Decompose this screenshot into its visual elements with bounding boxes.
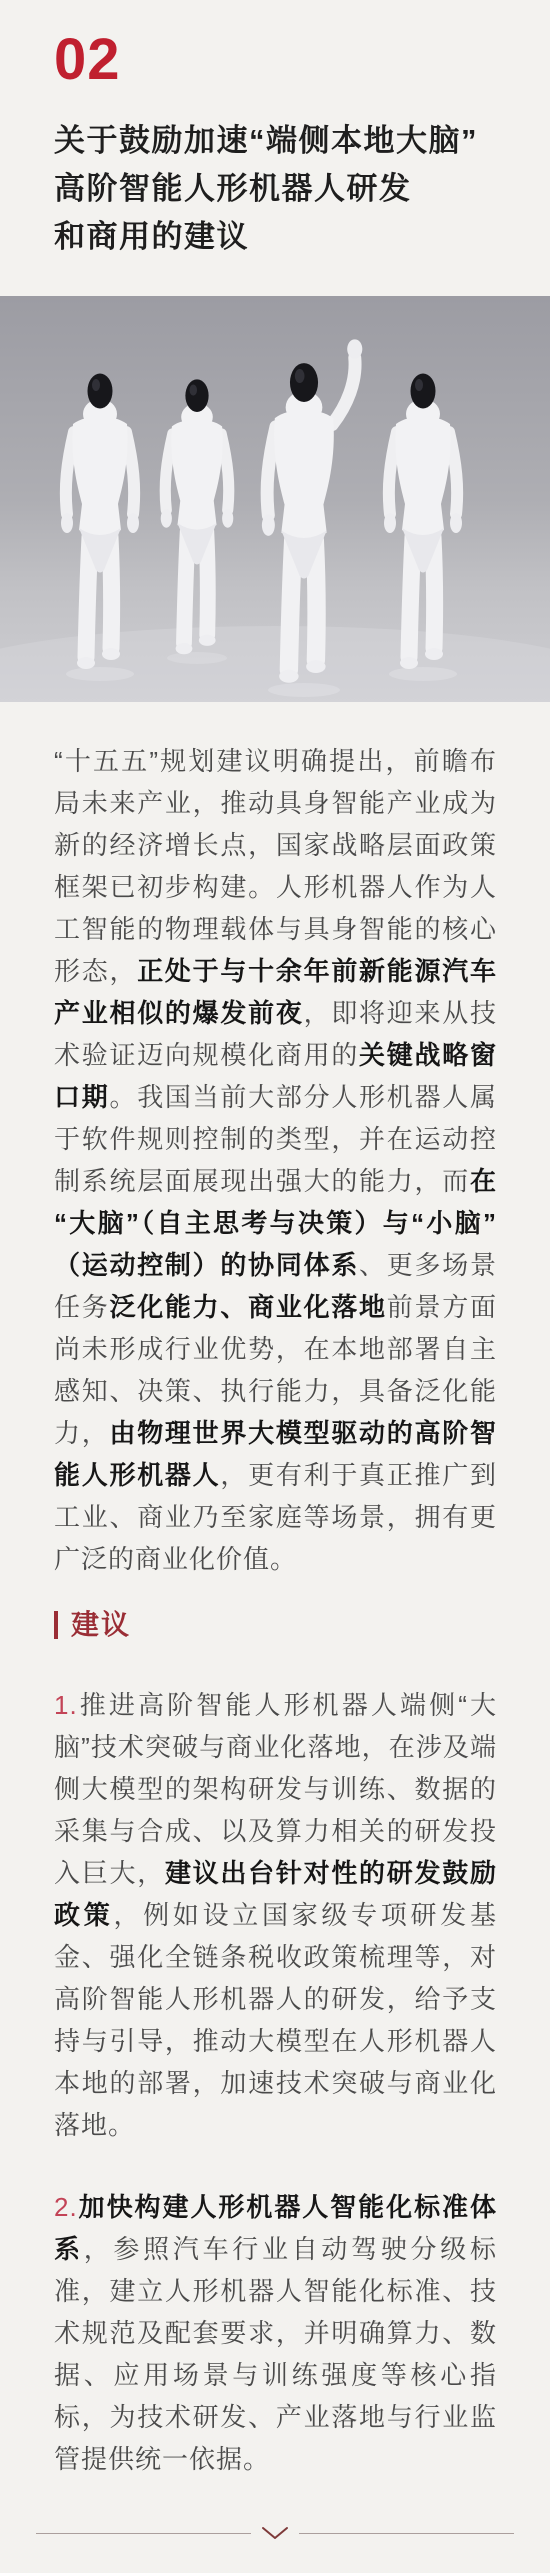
list-number: 1. — [54, 1690, 78, 1720]
article-body: “十五五”规划建议明确提出，前瞻布局未来产业，推动具身智能产业成为新的经济增长点… — [0, 702, 550, 2480]
section-header-title: 建议 — [71, 1608, 131, 1642]
divider-line-left — [36, 2533, 251, 2534]
page-header: 02 关于鼓励加速“端侧本地大脑” 高阶智能人形机器人研发 和商用的建议 — [0, 0, 550, 261]
text-run: ，参照汽车行业自动驾驶分级标准，建立人形机器人智能化标准、技术规范及配套要求，并… — [54, 2234, 497, 2474]
text-run: 泛化能力、商业化落地 — [109, 1292, 386, 1322]
page-title-line: 关于鼓励加速“端侧本地大脑” — [54, 117, 496, 165]
page-title-line: 高阶智能人形机器人研发 — [54, 165, 496, 213]
page-title-line: 和商用的建议 — [54, 213, 496, 261]
article-page: 02 关于鼓励加速“端侧本地大脑” 高阶智能人形机器人研发 和商用的建议 — [0, 0, 550, 2573]
text-run: 。我国当前大部分人形机器人属于软件规则控制的类型，并在运动控制系统层面展现出强大… — [54, 1082, 497, 1196]
hero-image — [0, 296, 550, 702]
footer-divider — [36, 2526, 514, 2573]
text-run: “十五五”规划建议明确提出，前瞻布局未来产业，推动具身智能产业成为新的经济增长点… — [54, 746, 497, 986]
page-title: 关于鼓励加速“端侧本地大脑” 高阶智能人形机器人研发 和商用的建议 — [54, 117, 496, 261]
suggestion-item-2: 2.加快构建人形机器人智能化标准体系，参照汽车行业自动驾驶分级标准，建立人形机器… — [54, 2186, 497, 2480]
divider-line-right — [299, 2533, 514, 2534]
section-header-bar — [54, 1611, 58, 1639]
suggestion-item-1: 1.推进高阶智能人形机器人端侧“大脑”技术突破与商业化落地，在涉及端侧大模型的架… — [54, 1684, 497, 2146]
suggestions-section-header: 建议 — [54, 1608, 497, 1642]
chevron-down-icon[interactable] — [251, 2526, 299, 2541]
article-paragraph: “十五五”规划建议明确提出，前瞻布局未来产业，推动具身智能产业成为新的经济增长点… — [54, 740, 497, 1580]
section-number: 02 — [54, 30, 496, 91]
list-number: 2. — [54, 2192, 78, 2222]
humanoid-robots-photo — [0, 296, 550, 702]
text-run: ，例如设立国家级专项研发基金、强化全链条税收政策梳理等，对高阶智能人形机器人的研… — [54, 1900, 497, 2140]
